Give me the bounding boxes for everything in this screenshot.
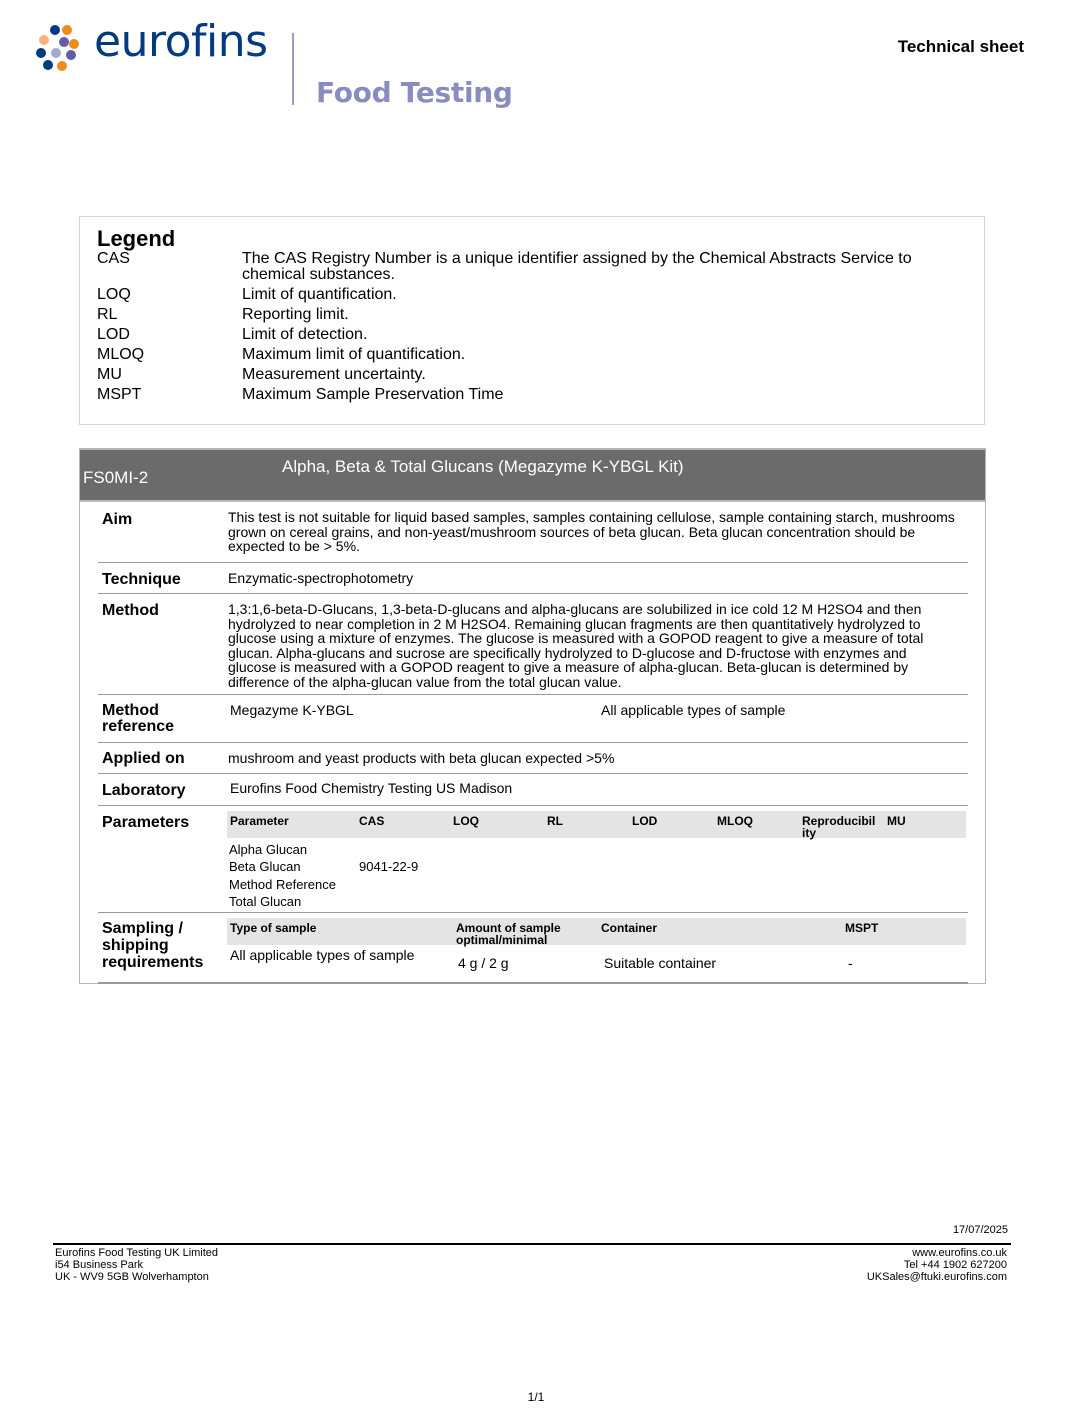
section-applied-on: Applied on mushroom and yeast products w… xyxy=(98,743,968,774)
footer-contact: www.eurofins.co.uk Tel +44 1902 627200 U… xyxy=(867,1247,1007,1283)
legend-abbr: MLOQ xyxy=(97,347,242,363)
test-sheet: FS0MI-2 Alpha, Beta & Total Glucans (Meg… xyxy=(79,448,986,984)
sample-amount: 4 g / 2 g xyxy=(458,955,509,971)
legend-definition: Measurement uncertainty. xyxy=(242,367,967,383)
legend-item: LOD Limit of detection. xyxy=(97,327,967,343)
parameters-table-header: Parameter CAS LOQ RL LOD MLOQ Reproducib… xyxy=(227,811,966,838)
legend-item: MU Measurement uncertainty. xyxy=(97,367,967,383)
parameter-row: Total Glucan xyxy=(229,895,301,909)
method-label: Method xyxy=(102,603,159,619)
sample-type: All applicable types of sample xyxy=(230,947,414,963)
section-parameters: Parameters Parameter CAS LOQ RL LOD MLOQ… xyxy=(98,806,968,913)
parameter-name: Method Reference xyxy=(229,877,336,892)
parameters-label: Parameters xyxy=(102,815,189,831)
col-parameter: Parameter xyxy=(230,815,289,827)
method-reference-scope: All applicable types of sample xyxy=(601,703,901,718)
legend-definition: Limit of detection. xyxy=(242,327,967,343)
eurofins-dots-logo-icon xyxy=(34,22,86,74)
parameter-row: Beta Glucan 9041-22-9 xyxy=(229,860,469,874)
parameter-name: Beta Glucan xyxy=(229,859,301,874)
section-method-reference: Method reference Megazyme K-YBGL All app… xyxy=(98,695,968,743)
footer-company: Eurofins Food Testing UK Limited xyxy=(55,1247,218,1259)
legend-item: MLOQ Maximum limit of quantification. xyxy=(97,347,967,363)
parameter-row: Method Reference xyxy=(229,878,336,892)
logo-divider xyxy=(292,33,294,105)
applied-on-text: mushroom and yeast products with beta gl… xyxy=(228,751,958,766)
division-name: Food Testing xyxy=(316,76,513,109)
legend-abbr: MU xyxy=(97,367,242,383)
legend-definition: The CAS Registry Number is a unique iden… xyxy=(242,251,967,283)
legend-item: CAS The CAS Registry Number is a unique … xyxy=(97,251,967,283)
section-sampling: Sampling / shipping requirements Type of… xyxy=(98,913,968,984)
parameter-row: Alpha Glucan xyxy=(229,843,307,857)
legend-abbr: MSPT xyxy=(97,387,242,403)
legend-definition: Reporting limit. xyxy=(242,307,967,323)
col-cas: CAS xyxy=(359,815,384,827)
col-reproducibility: Reproducibility xyxy=(802,815,878,839)
col-mspt: MSPT xyxy=(845,922,878,934)
method-reference-value: Megazyme K-YBGL xyxy=(230,703,530,718)
col-loq: LOQ xyxy=(453,815,479,827)
section-method: Method 1,3:1,6-beta-D-Glucans, 1,3-beta-… xyxy=(98,594,968,695)
footer-phone: Tel +44 1902 627200 xyxy=(867,1259,1007,1271)
eurofins-logo: eurofins xyxy=(34,22,284,74)
legend-abbr: RL xyxy=(97,307,242,323)
footer-address-line2: UK - WV9 5GB Wolverhampton xyxy=(55,1271,218,1283)
legend-abbr: LOQ xyxy=(97,287,242,303)
legend-item: MSPT Maximum Sample Preservation Time xyxy=(97,387,967,403)
section-technique: Technique Enzymatic-spectrophotometry xyxy=(98,563,968,594)
brand-name: eurofins xyxy=(94,16,268,67)
section-laboratory: Laboratory Eurofins Food Chemistry Testi… xyxy=(98,774,968,806)
footer-email-link[interactable]: UKSales@ftuki.eurofins.com xyxy=(867,1271,1007,1283)
sampling-label: Sampling / shipping requirements xyxy=(102,920,217,971)
parameter-name: Alpha Glucan xyxy=(229,842,307,857)
col-mu: MU xyxy=(887,815,906,827)
section-aim: Aim This test is not suitable for liquid… xyxy=(98,502,968,563)
technique-text: Enzymatic-spectrophotometry xyxy=(228,571,958,586)
col-mloq: MLOQ xyxy=(717,815,753,827)
legend-definition: Limit of quantification. xyxy=(242,287,967,303)
col-rl: RL xyxy=(547,815,563,827)
test-code: FS0MI-2 xyxy=(83,468,148,488)
sample-mspt: - xyxy=(848,955,853,971)
footer-date: 17/07/2025 xyxy=(953,1224,1008,1236)
col-container: Container xyxy=(601,922,657,934)
legend-title: Legend xyxy=(97,226,175,252)
legend-definition: Maximum Sample Preservation Time xyxy=(242,387,967,403)
col-lod: LOD xyxy=(632,815,657,827)
legend-abbr: LOD xyxy=(97,327,242,343)
laboratory-label: Laboratory xyxy=(102,783,186,799)
legend-abbr: CAS xyxy=(97,251,242,283)
technique-label: Technique xyxy=(102,572,181,588)
parameter-name: Total Glucan xyxy=(229,894,301,909)
document-type: Technical sheet xyxy=(898,37,1024,57)
test-header: FS0MI-2 Alpha, Beta & Total Glucans (Meg… xyxy=(80,450,985,502)
col-type-of-sample: Type of sample xyxy=(230,922,316,934)
aim-text: This test is not suitable for liquid bas… xyxy=(228,510,958,554)
footer-address-line1: i54 Business Park xyxy=(55,1259,218,1271)
sample-container: Suitable container xyxy=(604,955,716,971)
parameter-cas: 9041-22-9 xyxy=(359,860,418,874)
legend-item: RL Reporting limit. xyxy=(97,307,967,323)
method-reference-label: Method reference xyxy=(102,703,192,735)
page-number: 1/1 xyxy=(0,1390,1072,1404)
footer-website-link[interactable]: www.eurofins.co.uk xyxy=(867,1247,1007,1259)
test-name: Alpha, Beta & Total Glucans (Megazyme K-… xyxy=(282,458,702,476)
legend-box: Legend CAS The CAS Registry Number is a … xyxy=(79,216,985,425)
aim-label: Aim xyxy=(102,512,132,528)
footer-divider xyxy=(53,1243,1011,1245)
sampling-table-header: Type of sample Amount of sample optimal/… xyxy=(227,918,966,945)
legend-item: LOQ Limit of quantification. xyxy=(97,287,967,303)
laboratory-text: Eurofins Food Chemistry Testing US Madis… xyxy=(230,781,960,796)
applied-on-label: Applied on xyxy=(102,751,185,767)
footer-address: Eurofins Food Testing UK Limited i54 Bus… xyxy=(55,1247,218,1283)
method-text: 1,3:1,6-beta-D-Glucans, 1,3-beta-D-gluca… xyxy=(228,602,958,689)
col-amount: Amount of sample optimal/minimal xyxy=(456,922,576,946)
legend-list: CAS The CAS Registry Number is a unique … xyxy=(97,251,967,407)
legend-definition: Maximum limit of quantification. xyxy=(242,347,967,363)
